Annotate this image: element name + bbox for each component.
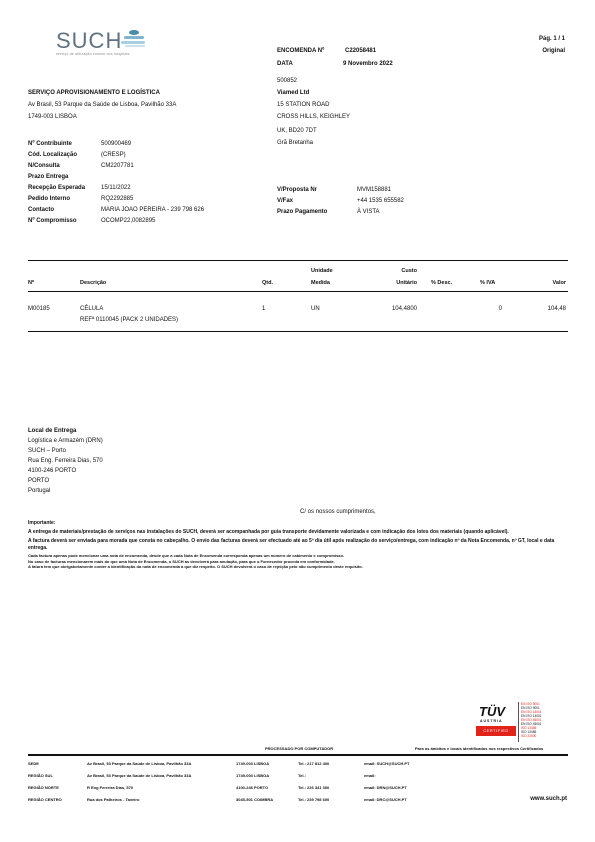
tuv-standards: EN ISO 9001 EN ISO 9001 EN ISO 14001 EN … [518, 702, 542, 742]
detail-row-compromisso: Nº CompromissoOCOMP22,0082895 [28, 217, 268, 228]
notes-small-line: A fatura tem que obrigatoriamente conter… [28, 564, 568, 570]
row-value: 104,48 [520, 305, 566, 313]
such-logo: SUCH serviço de utilização comum dos hos… [56, 28, 156, 58]
supplier-address-line1: 15 STATION ROAD [277, 101, 329, 109]
supplier-code: 500852 [277, 77, 297, 85]
supplier-address-line3: UK, BD20 7DT [277, 127, 317, 135]
tuv-logo: TÜV AUSTRIA CERTIFIED [476, 702, 516, 742]
sender-address-line1: Av Brasil, 53 Parque da Saúde de Lisboa,… [28, 101, 176, 109]
order-details-right: V/Proposta NrMVM158881 V/Fax+44 1535 655… [277, 186, 477, 219]
delivery-line: SUCH – Porto [28, 447, 103, 457]
detail-row-consulta: N/ConsultaCM2207781 [28, 162, 268, 173]
footer-rule [28, 754, 568, 756]
col-header-cost-line1: Custo [370, 268, 417, 275]
order-date-label: DATA [277, 60, 293, 68]
delivery-line: 4100-246 PORTO [28, 467, 103, 477]
detail-row-contribuinte: Nº Contribuinte500900469 [28, 140, 268, 151]
detail-row-prazo-entrega: Prazo Entrega [28, 173, 268, 184]
table-bottom-rule [28, 331, 568, 332]
sender-address-line2: 1749-003 LISBOA [28, 113, 77, 121]
notes-block: Importante: A entrega de materiais/prest… [28, 520, 568, 570]
col-header-cost-line2: Unitário [370, 280, 417, 287]
tuv-certification-badge: TÜV AUSTRIA CERTIFIED EN ISO 9001 EN ISO… [476, 702, 542, 742]
row-code: M00185 [28, 305, 50, 313]
logo-tagline: serviço de utilização comum dos hospitai… [56, 52, 130, 56]
col-header-description: Descrição [80, 280, 106, 287]
logo-text: SUCH [56, 28, 122, 54]
detail-row-localizacao: Cód. Localização(CRESP) [28, 151, 268, 162]
notes-paragraph: A entrega de materiais/prestação de serv… [28, 529, 568, 536]
row-qty: 1 [262, 305, 265, 313]
tuv-sub: AUSTRIA [480, 719, 503, 723]
tuv-brand: TÜV [479, 704, 505, 719]
supplier-address-line2: CROSS HILLS, KEIGHLEY [277, 113, 350, 121]
closing-text: C/ os nossos cumprimentos, [300, 508, 376, 516]
tuv-certified-badge: CERTIFIED [476, 726, 516, 736]
col-header-vat: % IVA [480, 280, 495, 287]
supplier-name: Viamed Ltd [277, 89, 309, 97]
delivery-line: Logística e Armazém (DRN) [28, 437, 103, 447]
order-number: C22058481 [345, 47, 376, 55]
col-header-value: Valor [520, 280, 566, 287]
sender-name: SERVIÇO APROVISIONAMENTO E LOGÍSTICA [28, 89, 160, 97]
detail-row-recepcao: Recepção Esperada15/11/2022 [28, 184, 268, 195]
detail-row-proposta: V/Proposta NrMVM158881 [277, 186, 477, 197]
row-vat: 0 [470, 305, 502, 313]
delivery-block: Local de Entrega Logística e Armazém (DR… [28, 427, 103, 497]
processed-label: PROCESSADO POR COMPUTADOR [265, 746, 333, 752]
copy-label: Original [542, 47, 565, 55]
website-link[interactable]: www.such.pt [530, 796, 567, 802]
notes-title: Importante: [28, 520, 568, 527]
row-unit-cost: 104,4800 [370, 305, 417, 313]
delivery-title: Local de Entrega [28, 427, 103, 437]
order-details-left: Nº Contribuinte500900469 Cód. Localizaçã… [28, 140, 268, 228]
delivery-line: Portugal [28, 487, 103, 497]
table-header-rule [28, 291, 568, 292]
order-date: 9 Novembro 2022 [343, 60, 393, 68]
col-header-code: Nº [28, 280, 34, 287]
detail-row-prazo-pagamento: Prazo PagamentoÀ VISTA [277, 208, 477, 219]
delivery-line: Rua Eng. Ferreira Dias, 570 [28, 457, 103, 467]
col-header-unit-line2: Medida [311, 280, 330, 287]
delivery-line: PORTO [28, 477, 103, 487]
certification-note: Para os âmbitos e locais identificados n… [415, 746, 543, 752]
row-description-line1: CÉLULA [80, 305, 103, 313]
supplier-country: Grã Bretanha [277, 139, 313, 147]
col-header-unit-line1: Unidade [311, 268, 333, 275]
logo-waves-icon [120, 30, 148, 50]
page-number: Pág. 1 / 1 [539, 35, 565, 43]
col-header-qty: Qtd. [262, 280, 273, 287]
order-number-label: ENCOMENDA Nº [277, 47, 324, 55]
notes-paragraph: A factura deverá ser enviada para morada… [28, 538, 568, 552]
row-description-line2: REFª 0110045 (PACK 2 UNIDADES) [80, 316, 178, 324]
row-unit: UN [311, 305, 320, 313]
detail-row-contacto: ContactoMARIA JOAO PEREIRA - 239 798 626 [28, 206, 268, 217]
col-header-discount: % Desc. [431, 280, 452, 287]
detail-row-pedido-interno: Pedido InternoRQ2292885 [28, 195, 268, 206]
detail-row-fax: V/Fax+44 1535 655582 [277, 197, 477, 208]
table-top-rule [28, 260, 568, 261]
